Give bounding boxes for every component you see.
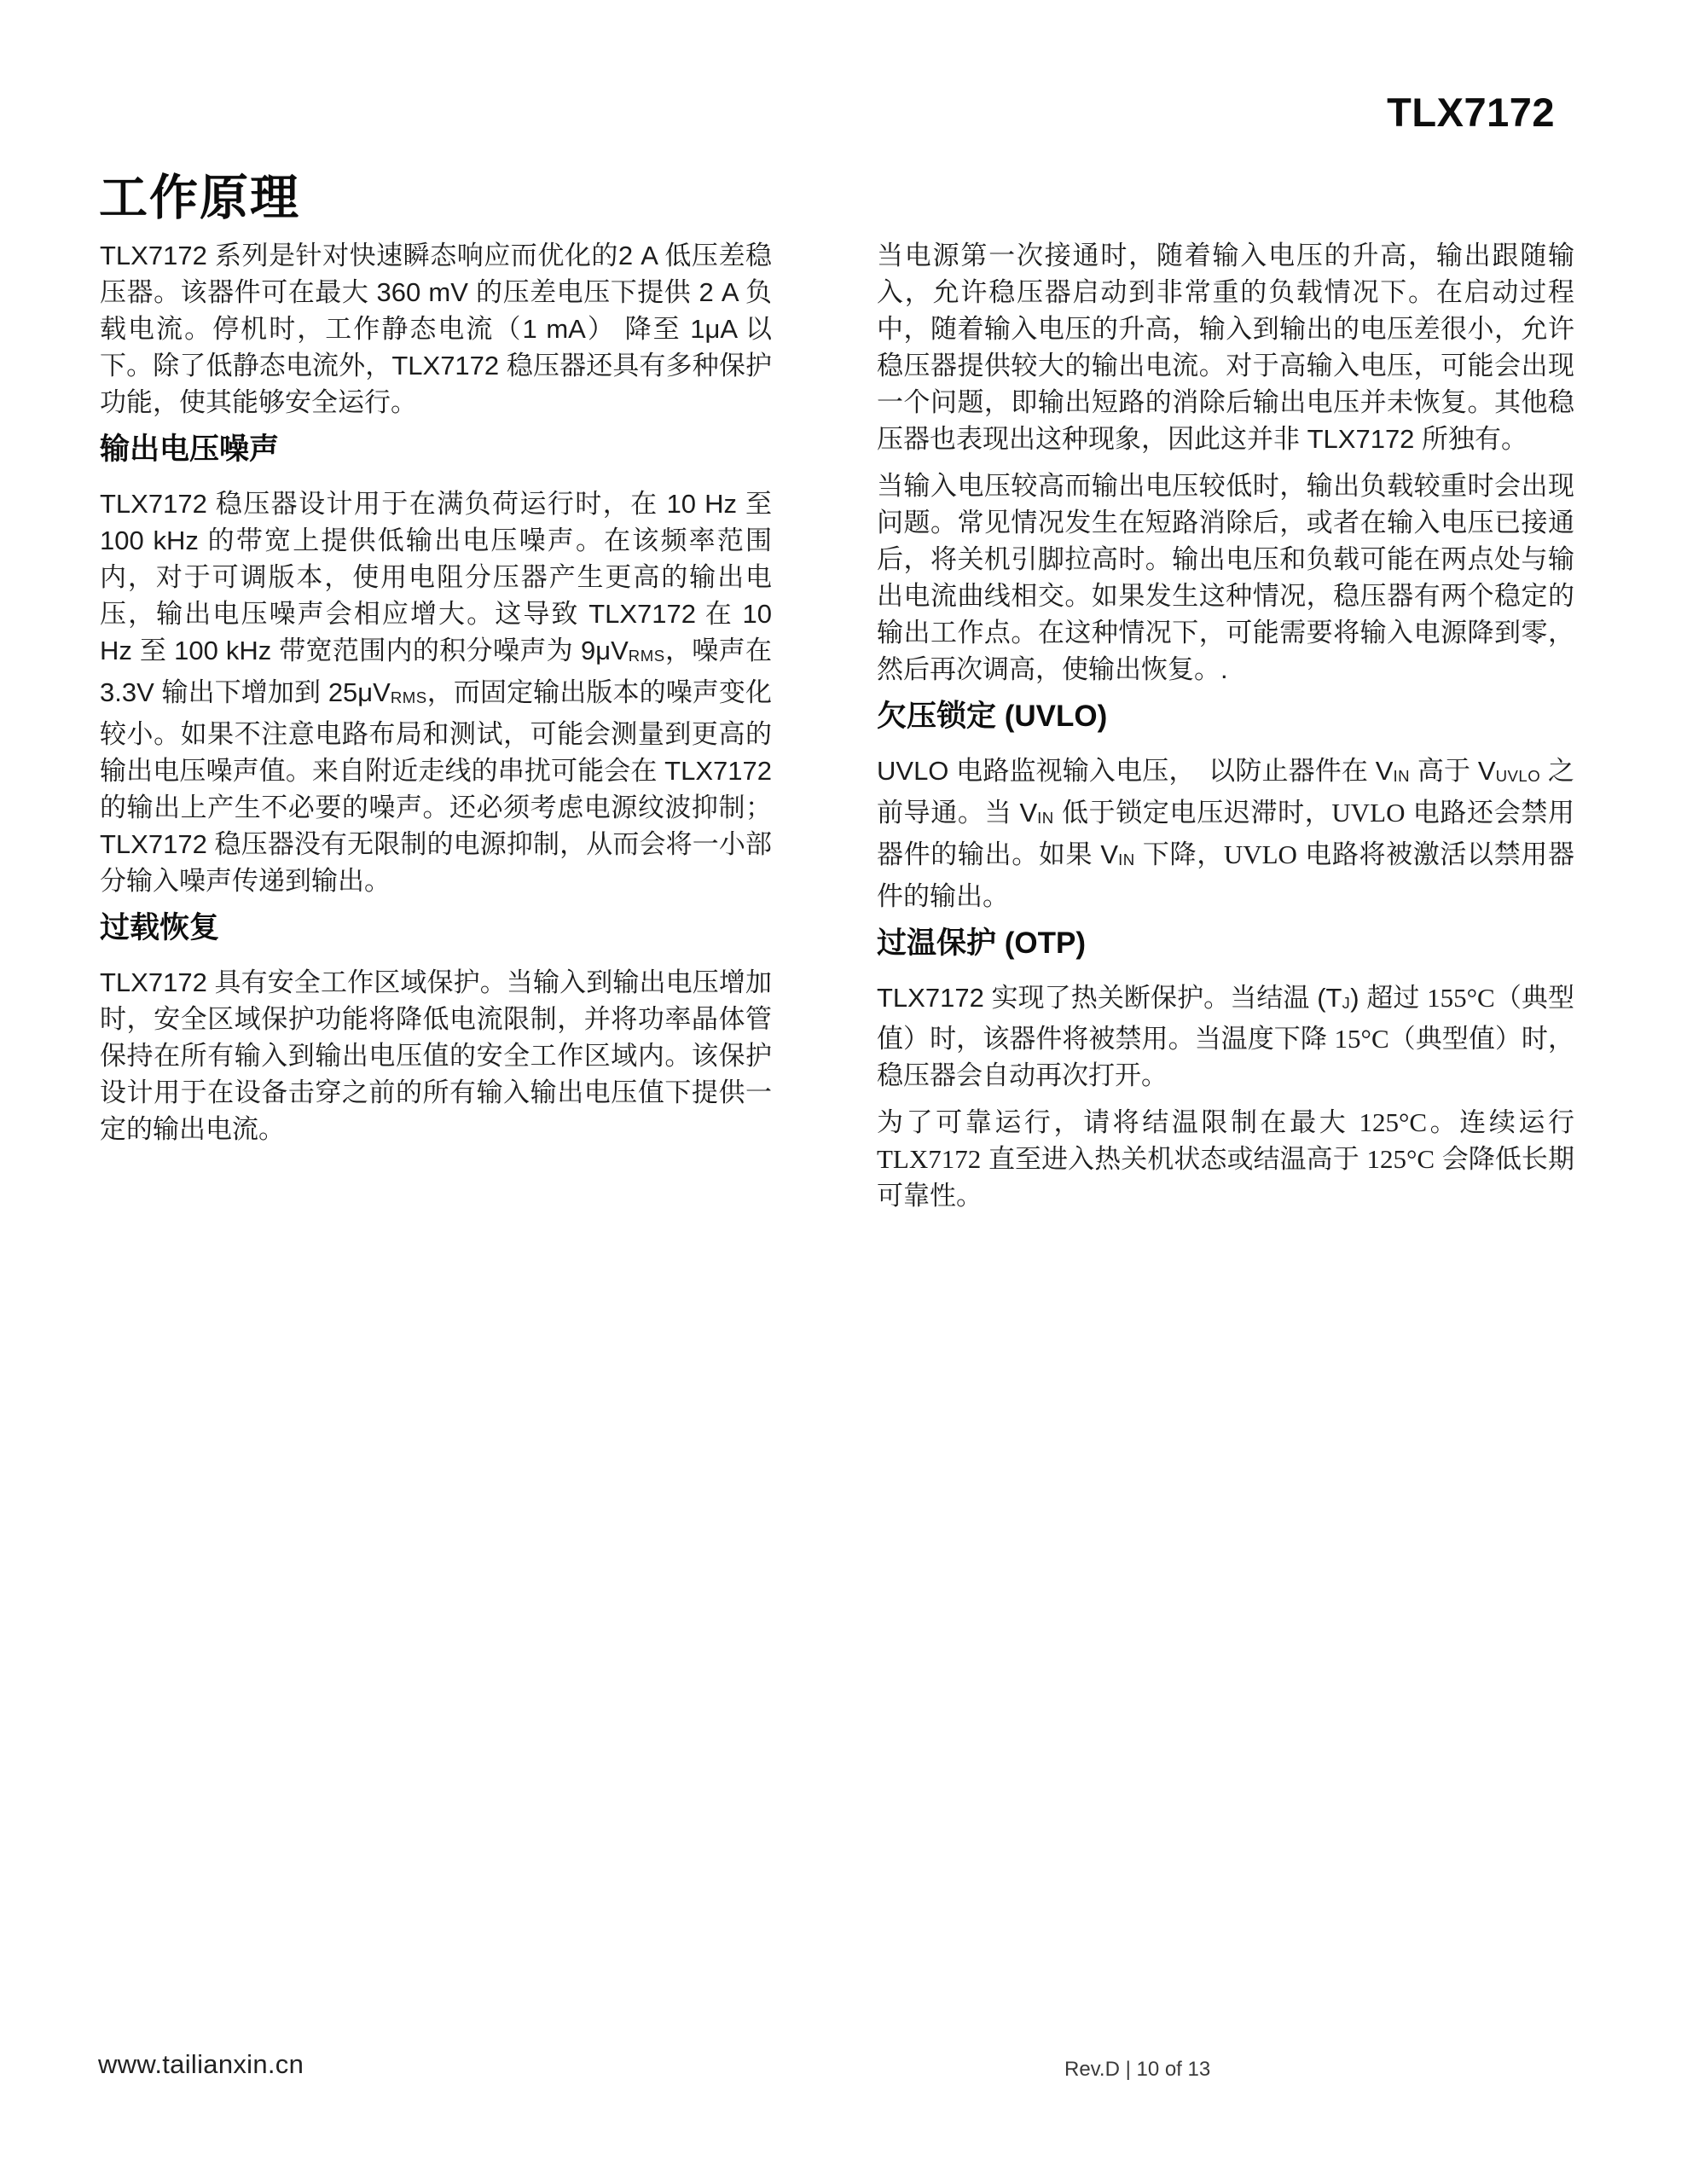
text-run: 为了可靠运行，请将结温限制在最大 <box>877 1107 1359 1137</box>
datasheet-page: TLX7172 工作原理 TLX7172 系列是针对快速瞬态响应而优化的2 A … <box>0 0 1687 2184</box>
paragraph: 当电源第一次接通时，随着输入电压的升高，输出跟随输入，允许稳压器启动到非常重的负… <box>877 237 1574 457</box>
subscript-text: RMS <box>629 647 665 665</box>
paragraph: TLX7172 实现了热关断保护。当结温 (TJ) 超过 155°C（典型值）时… <box>877 979 1574 1095</box>
text-run: 当电源第一次接通时，随着输入电压的升高，输出跟随输入，允许稳压器启动到非常重的负… <box>877 241 1574 454</box>
paragraph: TLX7172 系列是针对快速瞬态响应而优化的2 A 低压差稳压器。该器件可在最… <box>100 237 772 421</box>
footer-website: www.tailianxin.cn <box>98 2049 304 2080</box>
paragraph: 为了可靠运行，请将结温限制在最大 125°C。连续运行 TLX7172 直至进入… <box>877 1104 1574 1214</box>
doc-number: TLX7172 <box>1387 89 1555 136</box>
text-run: TLX7172 实现了热关断保护。当结温 (T <box>877 983 1342 1013</box>
text-run: TLX7172 系列是针对快速瞬态响应而优化的2 A 低压差稳压器。该器件可在最… <box>100 241 772 417</box>
subscript-text: UVLO <box>1496 767 1541 785</box>
paragraph: 当输入电压较高而输出电压较低时，输出负载较重时会出现问题。常见情况发生在短路消除… <box>877 468 1574 688</box>
section-heading: 欠压锁定 (UVLO) <box>877 698 1574 735</box>
left-column: TLX7172 系列是针对快速瞬态响应而优化的2 A 低压差稳压器。该器件可在最… <box>100 237 772 1158</box>
text-run: 155°C <box>1427 983 1495 1013</box>
subscript-text: J <box>1342 993 1350 1011</box>
paragraph: UVLO 电路监视输入电压， 以防止器件在 VIN 高于 VUVLO 之前导通。… <box>877 752 1574 915</box>
section-heading: 过温保护 (OTP) <box>877 925 1574 962</box>
text-run: 125°C <box>1359 1107 1428 1137</box>
text-run: 。连续运行 <box>1427 1107 1574 1137</box>
right-column: 当电源第一次接通时，随着输入电压的升高，输出跟随输入，允许稳压器启动到非常重的负… <box>877 237 1574 1224</box>
paragraph: TLX7172 稳压器设计用于在满负荷运行时，在 10 Hz 至 100 kHz… <box>100 485 772 899</box>
paragraph: TLX7172 具有安全工作区域保护。当输入到输出电压增加时，安全区域保护功能将… <box>100 964 772 1147</box>
page-title: 工作原理 <box>99 159 300 229</box>
subscript-text: IN <box>1118 851 1135 868</box>
subscript-text: IN <box>1393 767 1410 785</box>
section-heading: 输出电压噪声 <box>100 431 772 468</box>
footer-revision: Rev.D | 10 of 13 <box>1064 2058 1210 2082</box>
text-run: 下降， <box>1135 839 1224 869</box>
text-run: 直至进入热关机状态或结温高于 <box>981 1144 1366 1174</box>
text-run: TLX7172 <box>877 1144 981 1174</box>
subscript-text: IN <box>1037 809 1054 827</box>
text-run: 低于锁定电压迟滞时， <box>1054 798 1332 828</box>
text-run: UVLO <box>1224 839 1297 869</box>
text-run: 当输入电压较高而输出电压较低时，输出负载较重时会出现问题。常见情况发生在短路消除… <box>877 471 1574 684</box>
text-run: ) 超过 <box>1350 983 1427 1013</box>
text-run: TLX7172 具有安全工作区域保护。当输入到输出电压增加时，安全区域保护功能将… <box>100 967 772 1144</box>
text-run: 125°C <box>1366 1144 1435 1174</box>
text-run: 15°C <box>1335 1024 1389 1054</box>
text-run: UVLO 电路监视输入电压， 以防止器件在 V <box>877 756 1393 786</box>
text-run: ，而固定输出版本的噪声变化较小。如果不注意电路布局和测试，可能会测量到更高的输出… <box>100 677 772 896</box>
text-run: 高于 V <box>1410 756 1496 786</box>
subscript-text: RMS <box>391 688 427 706</box>
section-heading: 过载恢复 <box>100 909 772 947</box>
text-run: UVLO <box>1331 798 1405 828</box>
